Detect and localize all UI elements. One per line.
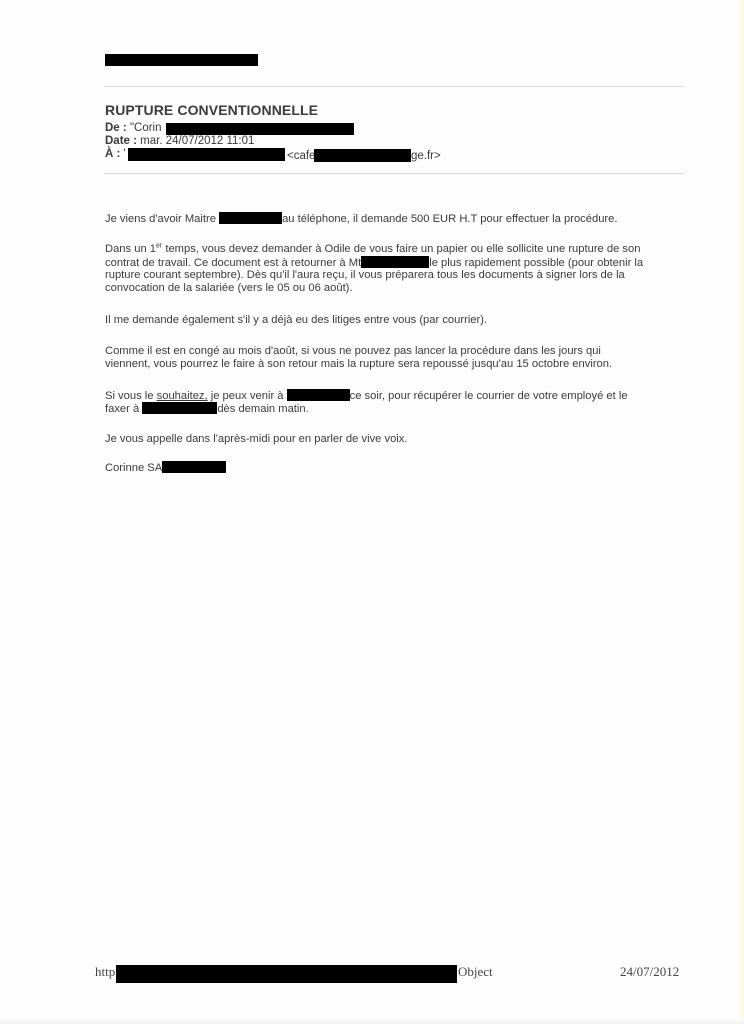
- redaction-lawyer-name-2: [361, 256, 429, 268]
- redaction-sender-name: [105, 54, 258, 66]
- footer-date: 24/07/2012: [620, 964, 679, 980]
- p2-l1a: Dans un 1: [105, 243, 156, 255]
- header-rule-top: [104, 86, 684, 87]
- date-label: Date :: [105, 135, 137, 147]
- to-email-suffix: ge.fr>: [411, 150, 441, 162]
- redaction-to-email: [314, 149, 411, 162]
- p1-text-after: au téléphone, il demande 500 EUR H.T pou…: [282, 213, 617, 225]
- p5-l1u: souhaitez,: [157, 390, 208, 402]
- email-subject: RUPTURE CONVENTIONNELLE: [105, 102, 318, 118]
- header-rule-bottom: [104, 173, 684, 174]
- date-value: mar. 24/07/2012 11:01: [140, 135, 254, 147]
- redaction-footer-url: [116, 965, 457, 983]
- p5-l2-before: faxer à: [105, 403, 139, 415]
- to-label: À :: [105, 148, 120, 160]
- paragraph-5: Si vous le souhaitez, je peux venir à ce…: [105, 389, 685, 415]
- p6-text: Je vous appelle dans l'après-midi pour e…: [105, 433, 685, 446]
- p2-l3: rupture courant septembre). Dès qu'il l'…: [105, 269, 685, 282]
- scan-edge-right: [738, 0, 744, 1024]
- scan-edge-bottom: [0, 1018, 744, 1024]
- to-value-prefix: ': [124, 148, 126, 160]
- p5-l2-after: dès demain matin.: [217, 403, 308, 415]
- to-email-prefix: <cafe: [287, 150, 315, 162]
- from-value: "Corin: [130, 122, 162, 134]
- signature: Corinne SA: [105, 461, 685, 474]
- p4-l2: viennent, vous pourrez le faire à son re…: [105, 358, 685, 371]
- paragraph-4: Comme il est en congé au mois d'août, si…: [105, 345, 685, 371]
- redaction-to-name: [128, 148, 285, 161]
- header-to: À : ': [105, 148, 126, 160]
- paragraph-3: Il me demande également s'il y a déjà eu…: [105, 314, 685, 327]
- p2-l2-before: contrat de travail. Ce document est à re…: [105, 257, 361, 269]
- p2-l1b: temps, vous devez demander à Odile de vo…: [162, 243, 640, 255]
- p2-l4: convocation de la salariée (vers le 05 o…: [105, 282, 685, 295]
- footer-url-suffix: Object: [458, 964, 493, 980]
- p5-l1a: Si vous le: [105, 390, 157, 402]
- paragraph-1: Je viens d'avoir Maitre au téléphone, il…: [105, 212, 685, 225]
- from-label: De :: [105, 122, 127, 134]
- redaction-signature: [162, 461, 226, 473]
- redaction-place: [287, 389, 350, 401]
- paragraph-2: Dans un 1er temps, vous devez demander à…: [105, 243, 685, 295]
- signature-text: Corinne SA: [105, 462, 162, 474]
- p1-text-before: Je viens d'avoir Maitre: [105, 213, 216, 225]
- p5-l1-after: ce soir, pour récupérer le courrier de v…: [350, 390, 628, 402]
- p3-text: Il me demande également s'il y a déjà eu…: [105, 314, 685, 327]
- p5-l1b: je peux venir à: [208, 390, 284, 402]
- footer-url-prefix: http: [95, 964, 115, 980]
- header-from: De : "Corin: [105, 122, 162, 134]
- redaction-fax-recipient: [142, 402, 217, 414]
- redaction-lawyer-name: [219, 212, 282, 224]
- p2-l2-after: le plus rapidement possible (pour obteni…: [429, 257, 643, 269]
- paragraph-6: Je vous appelle dans l'après-midi pour e…: [105, 433, 685, 446]
- redaction-from: [166, 123, 354, 135]
- header-date: Date : mar. 24/07/2012 11:01: [105, 135, 254, 147]
- p4-l1: Comme il est en congé au mois d'août, si…: [105, 345, 685, 358]
